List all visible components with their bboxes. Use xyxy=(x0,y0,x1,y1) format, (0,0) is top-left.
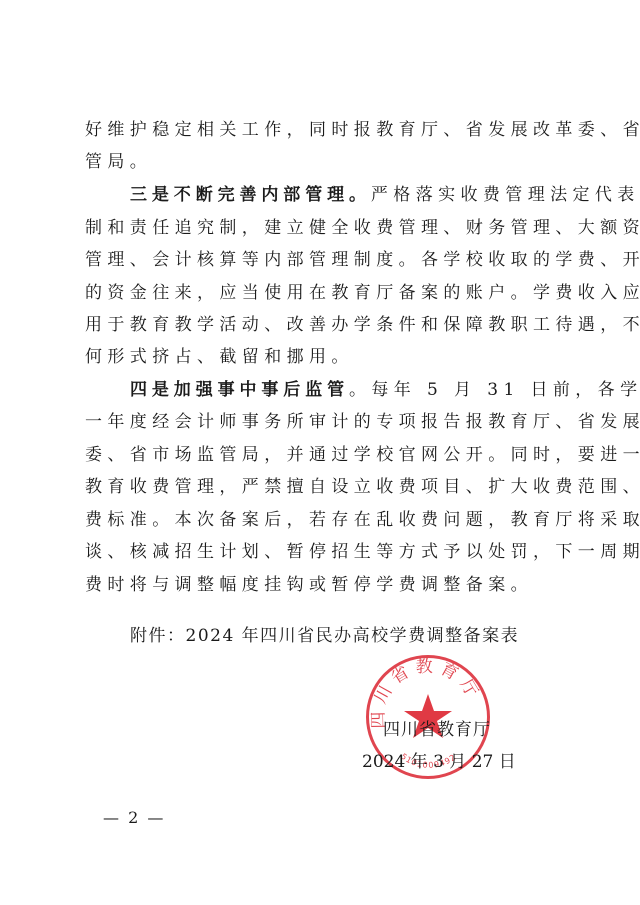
section-4-heading-line: 四是加强事中事后监管。每年 5 月 31 日前，各学校要将上 xyxy=(130,378,610,402)
line-text: 一年度经会计师事务所审计的专项报告报教育厅、省发展改革 xyxy=(85,412,640,432)
line-text: 费标准。本次备案后，若存在乱收费问题，教育厅将采取通报约 xyxy=(85,510,640,530)
line-text: 制和责任追究制，建立健全收费管理、财务管理、大额资金收支 xyxy=(85,218,640,238)
body-line-8: 何形式挤占、截留和挪用。 xyxy=(85,345,565,369)
section-3-heading-line: 三是不断完善内部管理。严格落实收费管理法定代表人负责 xyxy=(130,183,610,207)
body-line-4: 制和责任追究制，建立健全收费管理、财务管理、大额资金收支 xyxy=(85,216,565,240)
body-line-13: 费标准。本次备案后，若存在乱收费问题，教育厅将采取通报约 xyxy=(85,508,565,532)
line-text: 何形式挤占、截留和挪用。 xyxy=(85,347,354,367)
page-number: — 2 — xyxy=(103,806,165,830)
line-text: 谈、核减招生计划、暂停招生等方式予以处罚，下一周期调整学 xyxy=(85,542,640,562)
body-line-12: 教育收费管理，严禁擅自设立收费项目、扩大收费范围、提高收 xyxy=(85,475,565,499)
line-text: 教育收费管理，严禁擅自设立收费项目、扩大收费范围、提高收 xyxy=(85,477,640,497)
line-text: 用于教育教学活动、改善办学条件和保障教职工待遇，不得以任 xyxy=(85,315,640,335)
signing-date: 2024 年 3 月 27 日 xyxy=(362,750,516,774)
signing-organization: 四川省教育厅 xyxy=(383,718,491,742)
document-page: 好维护稳定相关工作，同时报教育厅、省发展改革委、省市场监 管局。 三是不断完善内… xyxy=(0,0,640,905)
body-line-7: 用于教育教学活动、改善办学条件和保障教职工待遇，不得以任 xyxy=(85,313,565,337)
body-line-14: 谈、核减招生计划、暂停招生等方式予以处罚，下一周期调整学 xyxy=(85,540,565,564)
line-text: 的资金往来，应当使用在教育厅备案的账户。学费收入应当主要 xyxy=(85,283,640,303)
body-line-6: 的资金往来，应当使用在教育厅备案的账户。学费收入应当主要 xyxy=(85,281,565,305)
section-3-heading: 三是不断完善内部管理。 xyxy=(130,185,371,205)
line-text: 费时将与调整幅度挂钩或暂停学费调整备案。 xyxy=(85,575,533,595)
body-line-10: 一年度经会计师事务所审计的专项报告报教育厅、省发展改革 xyxy=(85,410,565,434)
body-line-1: 好维护稳定相关工作，同时报教育厅、省发展改革委、省市场监 xyxy=(85,118,565,142)
line-text: 委、省市场监管局，并通过学校官网公开。同时，要进一步加强 xyxy=(85,445,640,465)
line-text: 严格落实收费管理法定代表人负责 xyxy=(371,185,640,205)
line-text: 。每年 5 月 31 日前，各学校要将上 xyxy=(349,380,640,400)
section-4-heading: 四是加强事中事后监管 xyxy=(130,380,349,400)
body-line-11: 委、省市场监管局，并通过学校官网公开。同时，要进一步加强 xyxy=(85,443,565,467)
line-text: 好维护稳定相关工作，同时报教育厅、省发展改革委、省市场监 xyxy=(85,120,640,140)
body-line-15: 费时将与调整幅度挂钩或暂停学费调整备案。 xyxy=(85,573,565,597)
line-text: 管局。 xyxy=(85,152,152,172)
body-line-5: 管理、会计核算等内部管理制度。各学校收取的学费、开展活动 xyxy=(85,248,565,272)
line-text: 管理、会计核算等内部管理制度。各学校收取的学费、开展活动 xyxy=(85,250,640,270)
attachment-note: 附件：2024 年四川省民办高校学费调整备案表 xyxy=(130,624,519,648)
body-line-2: 管局。 xyxy=(85,150,565,174)
